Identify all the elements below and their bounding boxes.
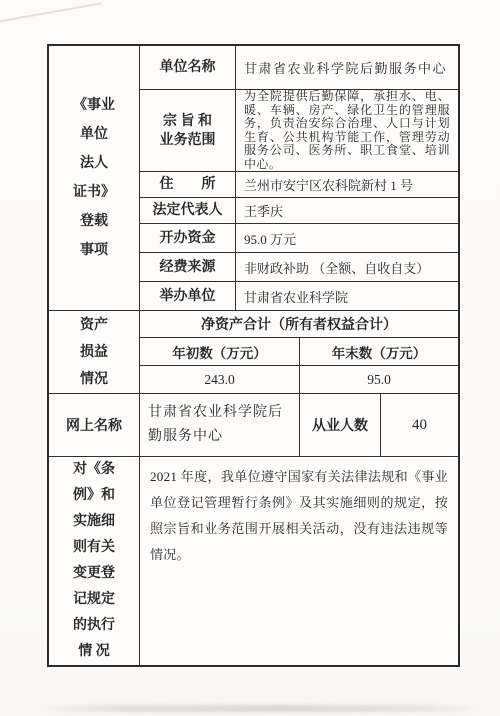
row-sponsor-unit: 举办单位 甘肃省农业科学院: [140, 282, 458, 310]
staff-count-value: 40: [381, 394, 458, 456]
compliance-side-label: 对《条 例》和 实施细 则有关 变更登 记规定 的执行 情 况: [49, 457, 140, 665]
address-label: 住 所: [140, 172, 236, 197]
row-startup-capital: 开办资金 95.0 万元: [140, 224, 458, 253]
staff-count-label: 从业人数: [300, 394, 381, 456]
row-funding-source: 经费来源 非财政补助 （全额、自收自支）: [140, 253, 458, 282]
row-legal-representative: 法定代表人 王季庆: [140, 198, 458, 224]
certificate-items-side-label: 《事业 单位 法人 证书》 登载 事项: [49, 46, 140, 310]
scan-artifact-smudge: [35, 705, 485, 712]
year-start-value: 243.0: [140, 366, 300, 393]
registration-form-table: 《事业 单位 法人 证书》 登载 事项 单位名称 甘肃省农业科学院后勤服务中心 …: [47, 44, 460, 667]
unit-name-label: 单位名称: [140, 46, 236, 89]
assets-grid: 净资产合计（所有者权益合计） 年初数（万元） 年末数（万元） 243.0 95.…: [140, 311, 458, 393]
certificate-rows: 单位名称 甘肃省农业科学院后勤服务中心 宗 旨 和 业务范围 为全院提供后勤保障…: [140, 46, 458, 310]
purpose-scope-value: 为全院提供后勤保障，承担水、电、暖、车辆、房产、绿化卫生的管理服务，负责治安综合…: [236, 90, 458, 171]
purpose-scope-label: 宗 旨 和 业务范围: [140, 90, 236, 171]
year-end-value: 95.0: [300, 366, 458, 393]
funding-source-value: 非财政补助 （全额、自收自支）: [236, 253, 458, 281]
address-value: 兰州市安宁区农科院新村 1 号: [236, 172, 458, 197]
section-compliance: 对《条 例》和 实施细 则有关 变更登 记规定 的执行 情 况 2021 年度，…: [49, 457, 458, 665]
assets-values-row: 243.0 95.0: [140, 366, 458, 393]
row-purpose-scope: 宗 旨 和 业务范围 为全院提供后勤保障，承担水、电、暖、车辆、房产、绿化卫生的…: [140, 90, 458, 172]
section-assets: 资产 损益 情况 净资产合计（所有者权益合计） 年初数（万元） 年末数（万元） …: [49, 311, 458, 394]
assets-subheader-row: 年初数（万元） 年末数（万元）: [140, 338, 458, 366]
scan-artifact-diagonal: [0, 2, 101, 23]
row-address: 住 所 兰州市安宁区农科院新村 1 号: [140, 172, 458, 198]
sponsor-unit-value: 甘肃省农业科学院: [236, 282, 458, 310]
row-unit-name: 单位名称 甘肃省农业科学院后勤服务中心: [140, 46, 458, 90]
assets-side-label: 资产 损益 情况: [49, 311, 140, 393]
year-end-label: 年末数（万元）: [300, 338, 458, 365]
year-start-label: 年初数（万元）: [140, 338, 300, 365]
funding-source-label: 经费来源: [140, 253, 236, 281]
section-online-name: 网上名称 甘肃省农业科学院后勤服务中心 从业人数 40: [49, 394, 458, 457]
startup-capital-value: 95.0 万元: [236, 224, 458, 252]
legal-representative-value: 王季庆: [236, 198, 458, 223]
section-certificate-items: 《事业 单位 法人 证书》 登载 事项 单位名称 甘肃省农业科学院后勤服务中心 …: [49, 46, 458, 311]
net-assets-header: 净资产合计（所有者权益合计）: [140, 311, 458, 338]
scanned-document-page: 《事业 单位 法人 证书》 登载 事项 单位名称 甘肃省农业科学院后勤服务中心 …: [0, 0, 500, 716]
online-name-value: 甘肃省农业科学院后勤服务中心: [140, 394, 300, 456]
startup-capital-label: 开办资金: [140, 224, 236, 252]
online-name-label: 网上名称: [49, 394, 140, 456]
legal-representative-label: 法定代表人: [140, 198, 236, 223]
sponsor-unit-label: 举办单位: [140, 282, 236, 310]
compliance-statement: 2021 年度，我单位遵守国家有关法律法规和《事业单位登记管理暂行条例》及其实施…: [140, 457, 458, 665]
unit-name-value: 甘肃省农业科学院后勤服务中心: [236, 46, 458, 89]
